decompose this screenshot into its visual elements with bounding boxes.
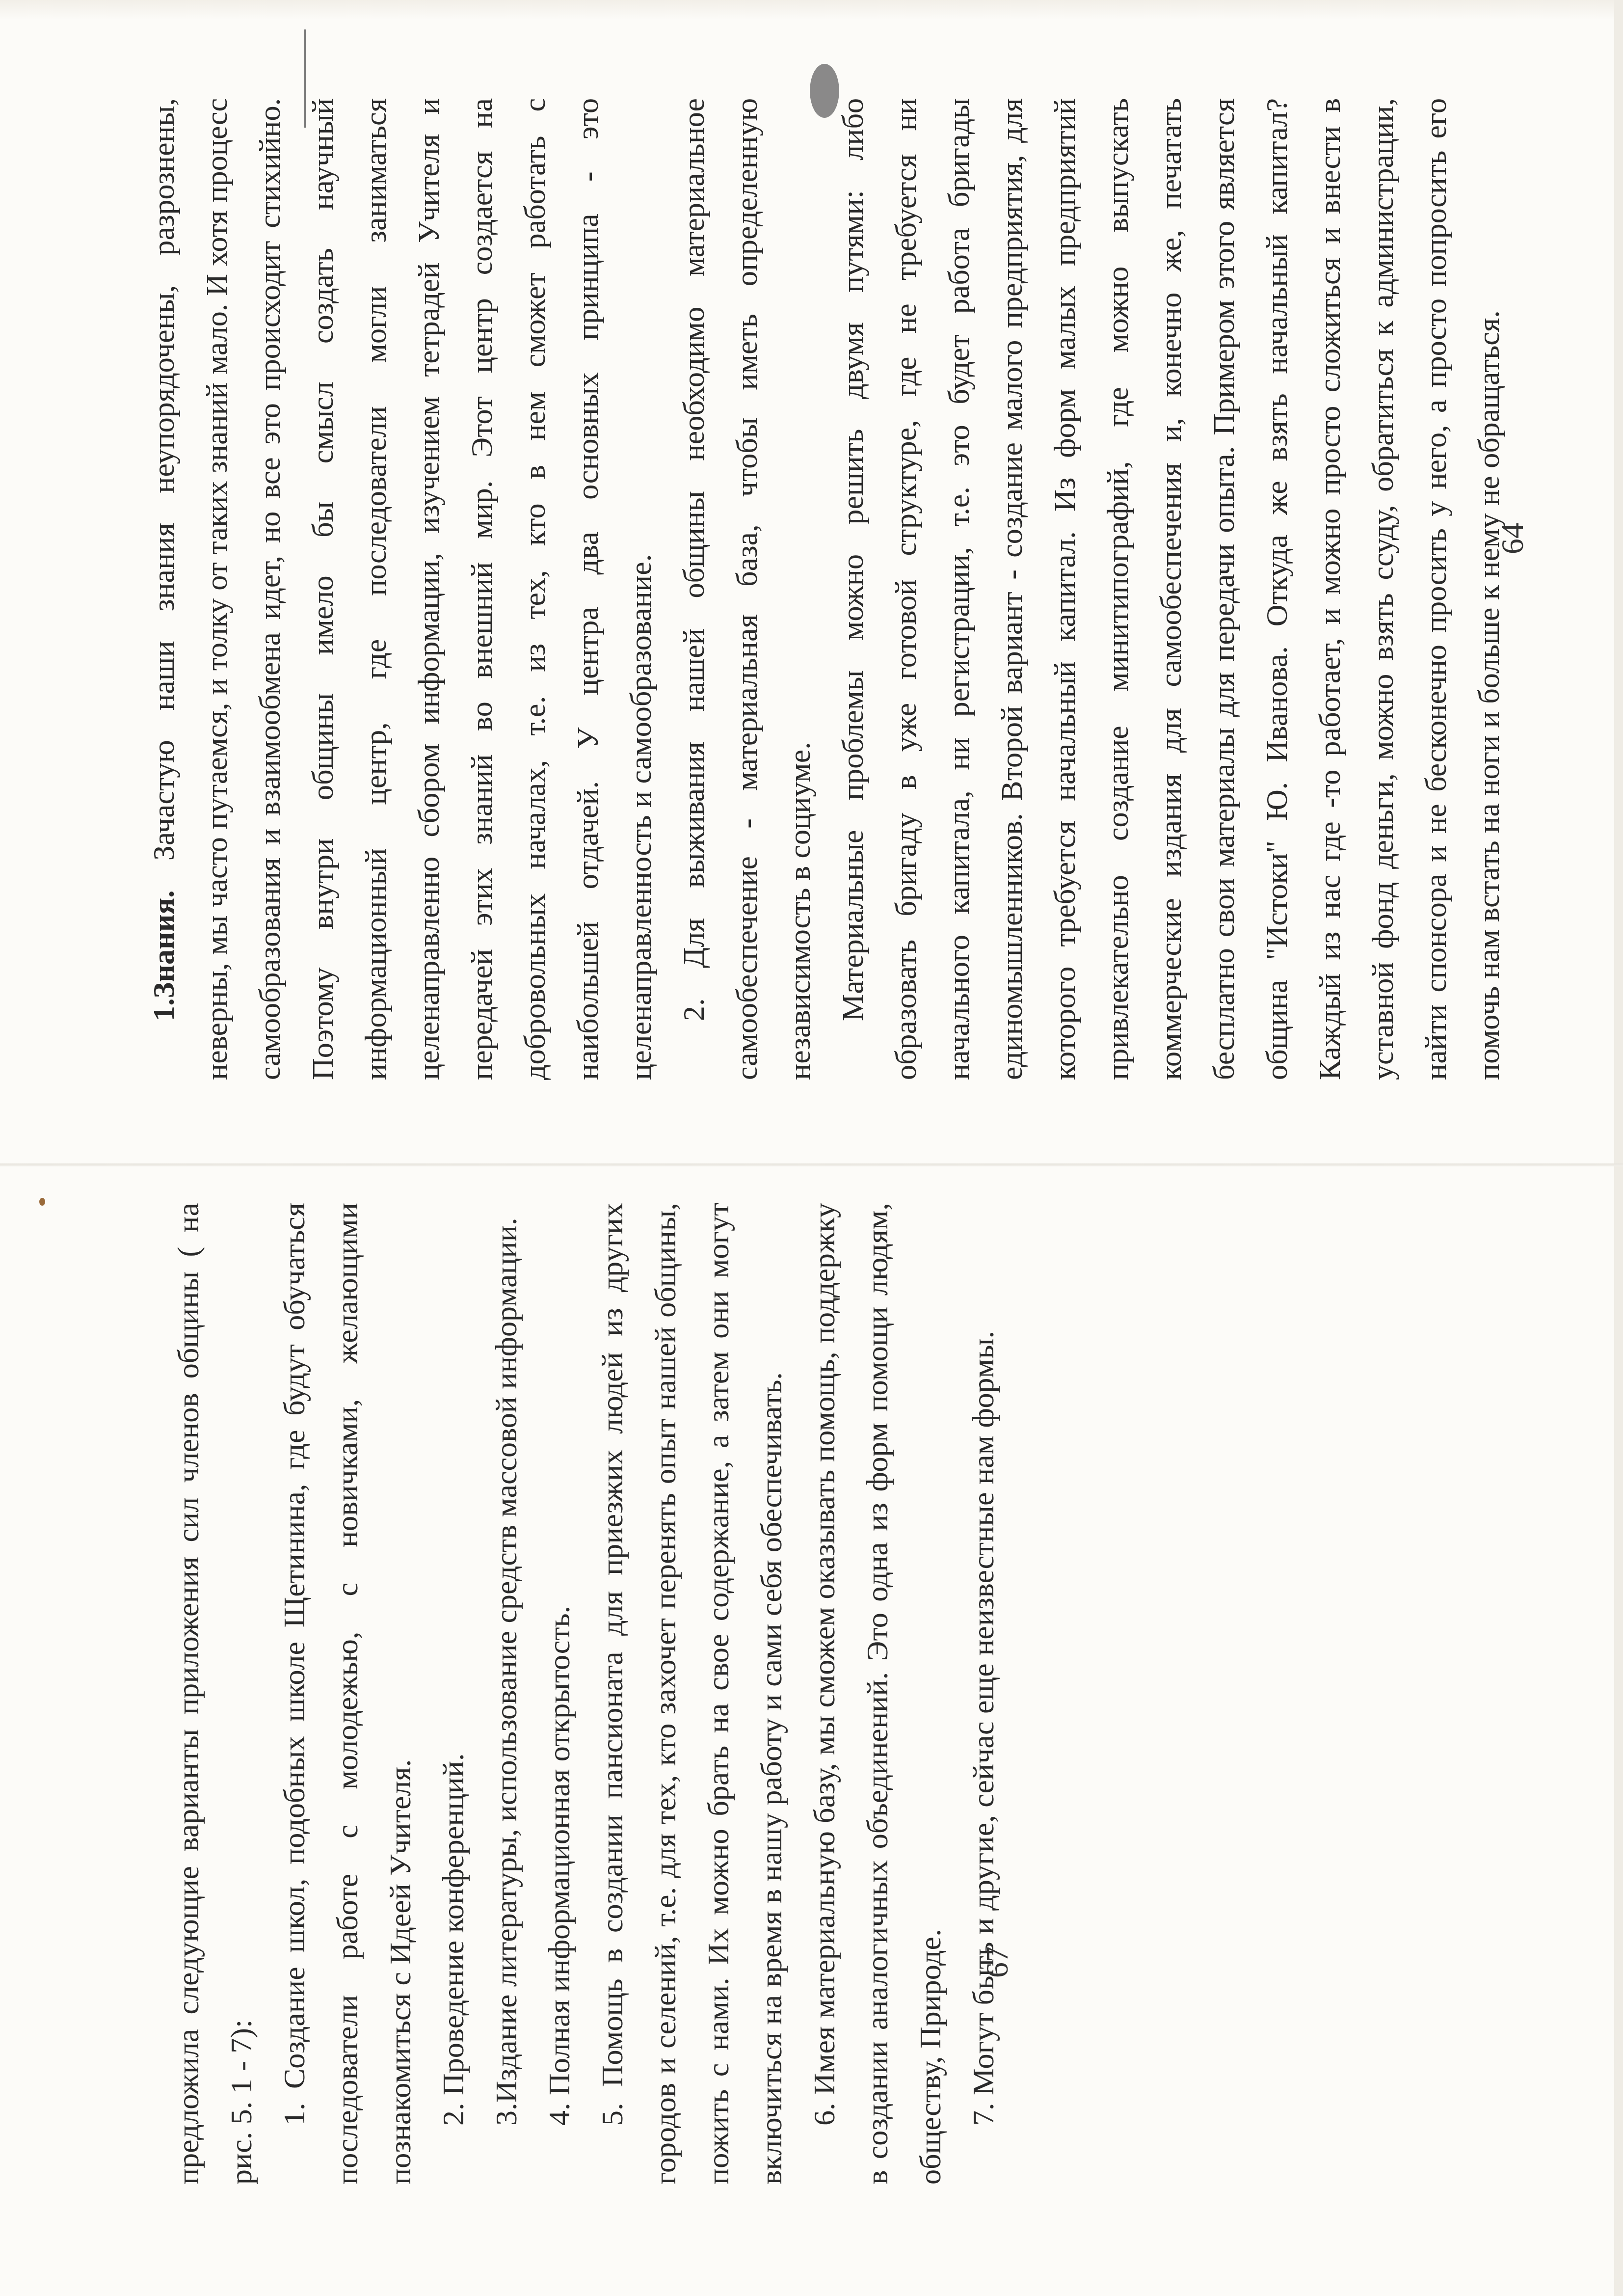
paragraph: 2. Для выживания нашей общины необходимо…	[667, 98, 826, 1080]
book-fold-line	[0, 1163, 1623, 1166]
list-item: 6. Имея материальную базу, мы сможем ока…	[798, 1203, 957, 2185]
paragraph-text: 2. Для выживания нашей общины необходимо…	[677, 98, 817, 1080]
paragraph: 1.Знания. Зачастую наши знания неупорядо…	[137, 98, 667, 1080]
list-item: 1. Создание школ, подобных школе Щетинин…	[268, 1203, 427, 2185]
paragraph: Материальные проблемы можно решить двумя…	[826, 98, 1516, 1080]
list-item: 2. Проведение конференций.	[427, 1203, 480, 2185]
paragraph: предложила следующие варианты приложения…	[162, 1203, 268, 2185]
list-item: 4. Полная информационная открытость.	[533, 1203, 586, 2185]
paragraph-text: Материальные проблемы можно решить двумя…	[836, 98, 1506, 1080]
list-item: 7. Могут быть и другие, сейчас еще неизв…	[957, 1203, 1010, 2185]
page-number-67: 67	[979, 1946, 1015, 1978]
page-67-body: предложила следующие варианты приложения…	[162, 1203, 1010, 2185]
list-item: 5. Помощь в создании пансионата для прие…	[586, 1203, 798, 2185]
paragraph-text: Зачастую наши знания неупорядочены, разр…	[147, 98, 658, 1080]
scanned-book-spread: 1.Знания. Зачастую наши знания неупорядо…	[0, 0, 1623, 2296]
paragraph-lead: 1.Знания.	[147, 891, 181, 1021]
scan-right-edge	[1614, 0, 1623, 2296]
list-item: 3.Издание литературы, использование сред…	[480, 1203, 533, 2185]
speck	[39, 1198, 45, 1206]
page-number-64: 64	[1494, 523, 1531, 554]
page-64-body: 1.Знания. Зачастую наши знания неупорядо…	[137, 98, 1516, 1080]
scan-top-edge	[0, 0, 1623, 20]
